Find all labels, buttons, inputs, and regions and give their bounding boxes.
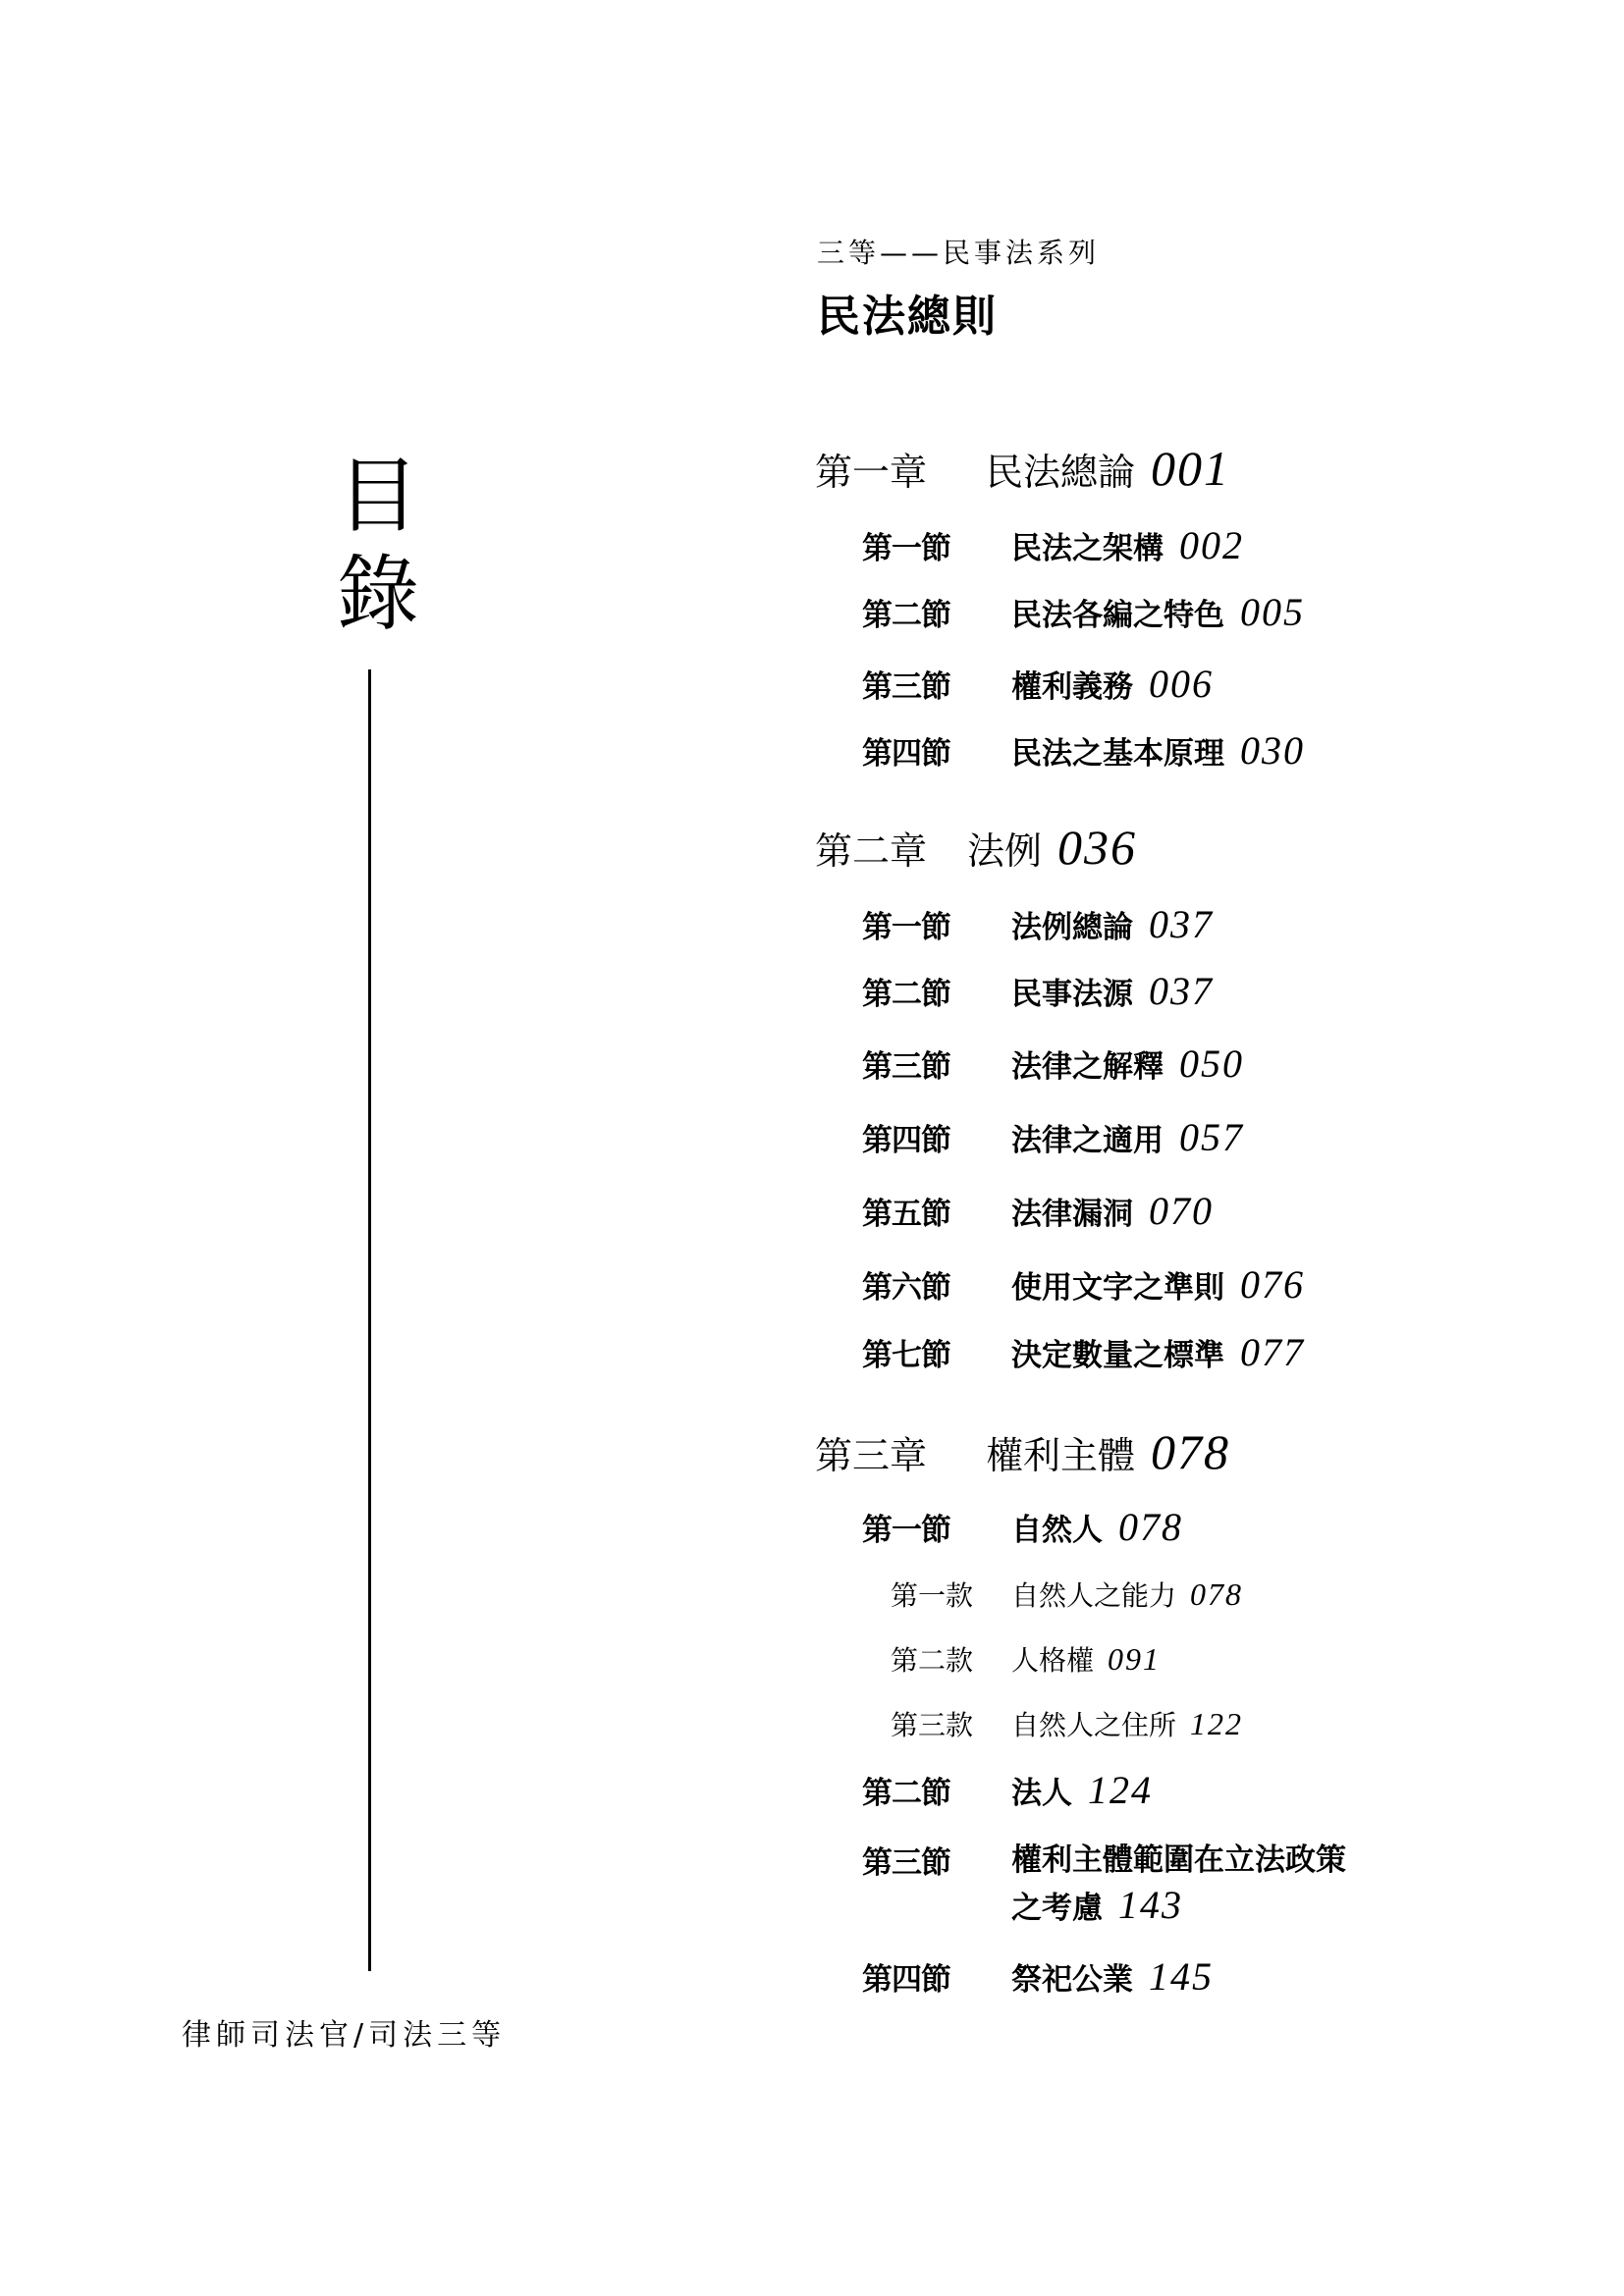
series-title: 三等——民事法系列 — [817, 232, 1100, 271]
section-title: 法律之適用 — [1011, 1115, 1164, 1159]
clause-title: 自然人之能力 — [1011, 1575, 1176, 1614]
toc-section[interactable]: 第六節 使用文字之準則 076 — [862, 1261, 1305, 1308]
section-title: 法律之解釋 — [1011, 1041, 1164, 1086]
section-label: 第二節 — [862, 969, 1011, 1013]
footer-label: 律師司法官/司法三等 — [182, 2010, 506, 2054]
page-number: 050 — [1179, 1041, 1244, 1087]
page-number: 036 — [1057, 819, 1137, 876]
section-label: 第一節 — [862, 902, 1011, 946]
page-number: 078 — [1190, 1576, 1243, 1613]
chapter-title: 權利主體 — [986, 1425, 1135, 1479]
clause-label: 第三款 — [891, 1704, 1011, 1743]
page-number: 070 — [1149, 1188, 1214, 1234]
page-number: 006 — [1149, 661, 1214, 707]
toc-chapter[interactable]: 第三章 權利主體 078 — [815, 1423, 1230, 1480]
toc-section[interactable]: 第七節 決定數量之標準 077 — [862, 1329, 1305, 1375]
toc-chapter[interactable]: 第二章 法例 036 — [815, 819, 1137, 876]
toc-section[interactable]: 第四節 祭祀公業 145 — [862, 1953, 1214, 2000]
vertical-divider — [368, 669, 371, 1971]
section-title-line: 權利主體範圍在立法政策 — [1011, 1842, 1346, 1878]
page-number: 077 — [1240, 1329, 1305, 1375]
page-number: 037 — [1149, 901, 1214, 947]
toc-section[interactable]: 第二節 民事法源 037 — [862, 968, 1214, 1014]
chapter-label: 第一章 — [815, 442, 986, 496]
page-number: 145 — [1149, 1953, 1214, 2000]
page-number: 057 — [1179, 1114, 1244, 1160]
page-number: 078 — [1151, 1423, 1230, 1480]
section-title: 祭祀公業 — [1011, 1954, 1133, 1999]
clause-title: 人格權 — [1011, 1639, 1094, 1679]
page-number: 143 — [1118, 1883, 1183, 1927]
clause-label: 第二款 — [891, 1639, 1011, 1679]
section-title: 民事法源 — [1011, 969, 1133, 1013]
page-number: 122 — [1190, 1706, 1243, 1742]
chapter-label: 第二章 — [815, 821, 967, 875]
section-title: 決定數量之標準 — [1011, 1330, 1224, 1374]
book-title: 民法總則 — [817, 281, 998, 344]
page-number: 030 — [1240, 727, 1305, 774]
toc-section[interactable]: 第五節 法律漏洞 070 — [862, 1188, 1214, 1234]
section-title: 使用文字之準則 — [1011, 1262, 1224, 1307]
page-number: 005 — [1240, 589, 1305, 635]
chapter-title: 民法總論 — [986, 442, 1135, 496]
toc-section[interactable]: 第三節 權利義務 006 — [862, 661, 1214, 707]
toc-clause[interactable]: 第一款 自然人之能力 078 — [891, 1575, 1243, 1614]
section-title: 法律漏洞 — [1011, 1189, 1133, 1233]
section-label: 第四節 — [862, 1954, 1011, 1999]
chapter-title: 法例 — [967, 821, 1042, 875]
section-label: 第四節 — [862, 728, 1011, 773]
toc-section[interactable]: 第三節 法律之解釋 050 — [862, 1041, 1244, 1087]
clause-title: 自然人之住所 — [1011, 1704, 1176, 1743]
section-label: 第七節 — [862, 1330, 1011, 1374]
section-label: 第二節 — [862, 590, 1011, 634]
toc-heading-char: 目 — [324, 447, 432, 545]
toc-section[interactable]: 第四節 法律之適用 057 — [862, 1114, 1244, 1160]
section-label: 第六節 — [862, 1262, 1011, 1307]
section-label: 第三節 — [862, 1041, 1011, 1086]
section-title-line: 之考慮 — [1011, 1891, 1103, 1926]
page-number: 037 — [1149, 968, 1214, 1014]
toc-chapter[interactable]: 第一章 民法總論 001 — [815, 440, 1230, 497]
clause-label: 第一款 — [891, 1575, 1011, 1614]
section-title: 民法之架構 — [1011, 523, 1164, 567]
toc-section[interactable]: 第二節 法人 124 — [862, 1767, 1153, 1813]
section-label: 第二節 — [862, 1768, 1011, 1812]
toc-section[interactable]: 第三節 權利主體範圍在立法政策 之考慮143 — [862, 1838, 1404, 1931]
section-title: 法例總論 — [1011, 902, 1133, 946]
section-title: 權利義務 — [1011, 662, 1133, 706]
page-number: 001 — [1151, 440, 1230, 497]
toc-section[interactable]: 第四節 民法之基本原理 030 — [862, 727, 1305, 774]
section-title: 權利主體範圍在立法政策 之考慮143 — [1011, 1838, 1404, 1931]
toc-clause[interactable]: 第三款 自然人之住所 122 — [891, 1704, 1243, 1743]
section-label: 第一節 — [862, 523, 1011, 567]
toc-heading-char: 錄 — [324, 545, 432, 643]
chapter-label: 第三章 — [815, 1425, 986, 1479]
toc-section[interactable]: 第一節 法例總論 037 — [862, 901, 1214, 947]
toc-section[interactable]: 第一節 自然人 078 — [862, 1504, 1183, 1550]
section-label: 第三節 — [862, 662, 1011, 706]
section-label: 第一節 — [862, 1505, 1011, 1549]
page-number: 091 — [1108, 1641, 1161, 1678]
page-number: 124 — [1088, 1767, 1153, 1813]
section-label: 第四節 — [862, 1115, 1011, 1159]
page-number: 076 — [1240, 1261, 1305, 1308]
section-title: 民法各編之特色 — [1011, 590, 1224, 634]
toc-clause[interactable]: 第二款 人格權 091 — [891, 1639, 1161, 1679]
section-label: 第三節 — [862, 1838, 1011, 1882]
page-number: 002 — [1179, 522, 1244, 568]
toc-section[interactable]: 第二節 民法各編之特色 005 — [862, 589, 1305, 635]
section-title: 民法之基本原理 — [1011, 728, 1224, 773]
section-title: 法人 — [1011, 1768, 1072, 1812]
toc-heading: 目 錄 — [324, 447, 432, 643]
section-title: 自然人 — [1011, 1505, 1103, 1549]
section-label: 第五節 — [862, 1189, 1011, 1233]
page-number: 078 — [1118, 1504, 1183, 1550]
toc-section[interactable]: 第一節 民法之架構 002 — [862, 522, 1244, 568]
